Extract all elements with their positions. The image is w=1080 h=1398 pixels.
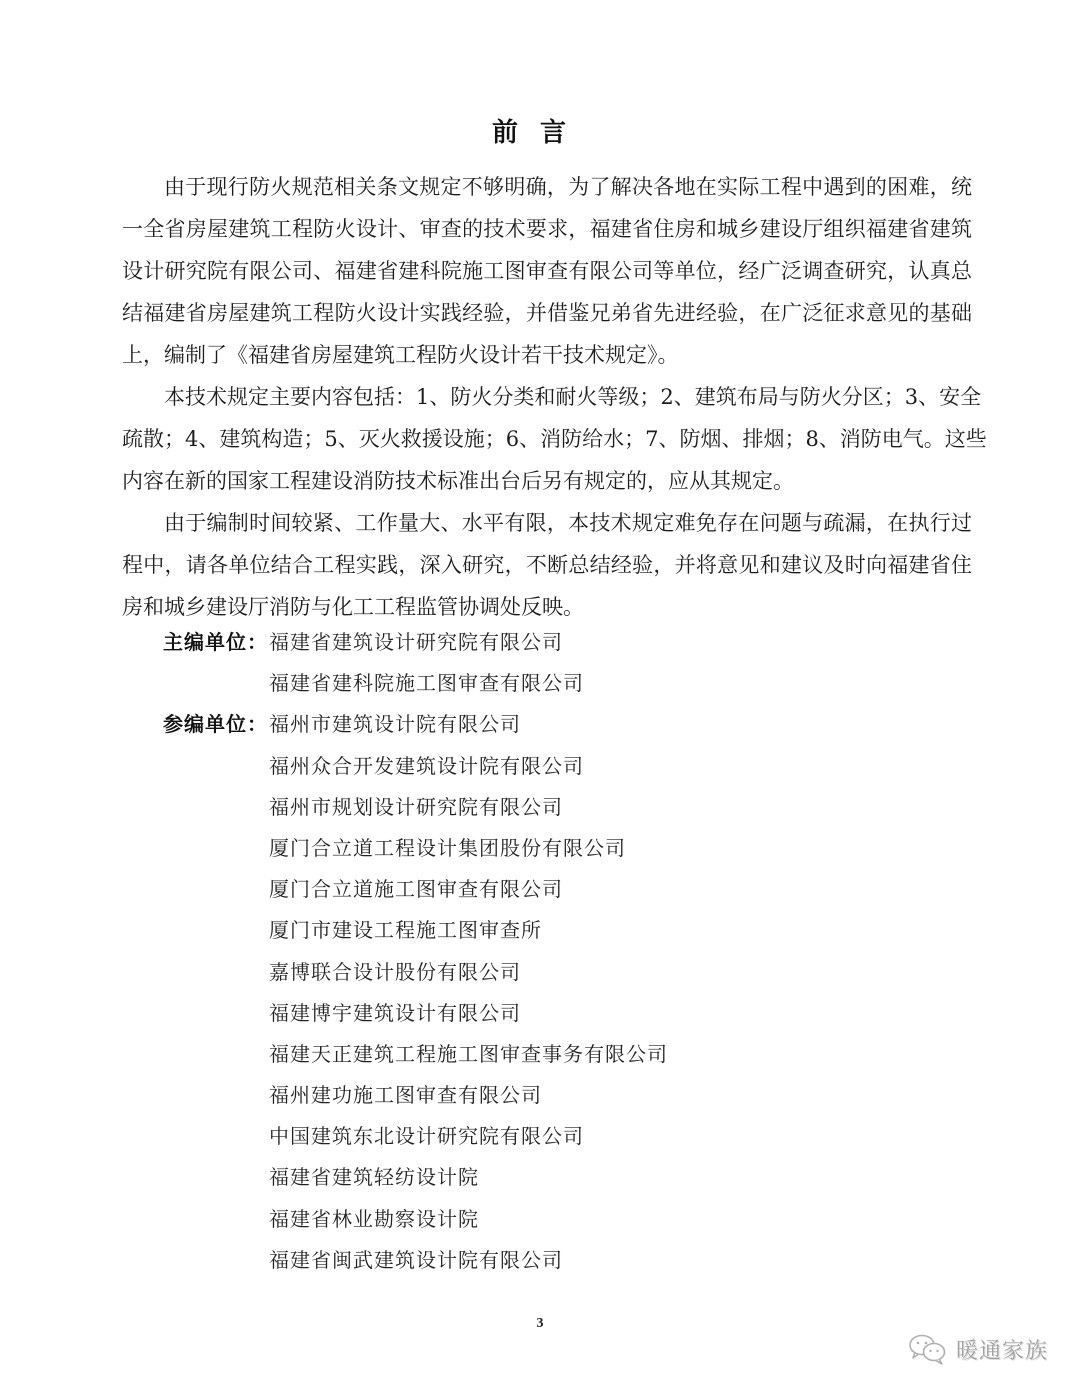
chief-editor-row: 主编单位： 福建省建筑设计研究院有限公司	[163, 622, 863, 663]
paragraph-2-line-3: 内容在新的国家工程建设消防技术标准出台后另有规定的，应从其规定。	[122, 460, 972, 502]
document-page: 前言 由于现行防火规范相关条文规定不够明确，为了解决各地在实际工程中遇到的困难，…	[0, 0, 1080, 1398]
participating-editor-row: 福州建功施工图审查有限公司	[163, 1075, 863, 1116]
participating-editor-row: 福州市规划设计研究院有限公司	[163, 787, 863, 828]
participating-editor-unit: 福建省林业勘察设计院	[269, 1199, 863, 1240]
preface-body: 由于现行防火规范相关条文规定不够明确，为了解决各地在实际工程中遇到的困难，统 一…	[122, 166, 972, 628]
paragraph-2-line-1: 本技术规定主要内容包括：1、防火分类和耐火等级；2、建筑布局与防火分区；3、安全	[122, 376, 972, 418]
participating-editor-row: 参编单位： 福州市建筑设计院有限公司	[163, 704, 863, 745]
chief-editor-unit: 福建省建筑设计研究院有限公司	[269, 622, 863, 663]
wechat-icon	[908, 1333, 948, 1365]
participating-editor-row: 嘉博联合设计股份有限公司	[163, 952, 863, 993]
participating-editor-row: 厦门合立道工程设计集团股份有限公司	[163, 828, 863, 869]
page-number: 3	[0, 1316, 1080, 1332]
participating-editor-row: 福州众合开发建筑设计院有限公司	[163, 746, 863, 787]
participating-editor-unit: 福建天正建筑工程施工图审查事务有限公司	[269, 1034, 863, 1075]
participating-editor-unit: 福州市规划设计研究院有限公司	[269, 787, 863, 828]
participating-editor-row: 福建天正建筑工程施工图审查事务有限公司	[163, 1034, 863, 1075]
participating-editor-unit: 福建省建筑轻纺设计院	[269, 1157, 863, 1198]
paragraph-3-line-1: 由于编制时间较紧、工作量大、水平有限，本技术规定难免存在问题与疏漏，在执行过	[122, 502, 972, 544]
paragraph-2-line-2: 疏散；4、建筑构造；5、灭火救援设施；6、消防给水；7、防烟、排烟；8、消防电气…	[122, 418, 972, 460]
participating-editor-row: 福建省建筑轻纺设计院	[163, 1157, 863, 1198]
participating-editor-unit: 厦门市建设工程施工图审查所	[269, 910, 863, 951]
participating-editor-unit: 嘉博联合设计股份有限公司	[269, 952, 863, 993]
participating-editor-unit: 中国建筑东北设计研究院有限公司	[269, 1116, 863, 1157]
wechat-watermark: 暖通家族	[908, 1333, 1048, 1365]
participating-editor-unit: 福州建功施工图审查有限公司	[269, 1075, 863, 1116]
participating-editor-row: 福建省闽武建筑设计院有限公司	[163, 1240, 863, 1281]
participating-editor-row: 厦门合立道施工图审查有限公司	[163, 869, 863, 910]
participating-editor-row: 福建博宇建筑设计有限公司	[163, 993, 863, 1034]
page-title: 前言	[0, 112, 1080, 149]
paragraph-1-line-4: 结福建省房屋建筑工程防火设计实践经验，并借鉴兄弟省先进经验，在广泛征求意见的基础	[122, 292, 972, 334]
chief-editor-unit: 福建省建科院施工图审查有限公司	[269, 663, 863, 704]
watermark-text: 暖通家族	[956, 1334, 1048, 1365]
paragraph-1-line-5: 上，编制了《福建省房屋建筑工程防火设计若干技术规定》。	[122, 334, 972, 376]
participating-editor-unit: 厦门合立道施工图审查有限公司	[269, 869, 863, 910]
paragraph-3-line-2: 程中，请各单位结合工程实践，深入研究，不断总结经验，并将意见和建议及时向福建省住	[122, 544, 972, 586]
participating-editor-row: 福建省林业勘察设计院	[163, 1199, 863, 1240]
chief-editors-label: 主编单位：	[163, 622, 269, 663]
participating-editor-unit: 福州众合开发建筑设计院有限公司	[269, 746, 863, 787]
participating-editor-unit: 福州市建筑设计院有限公司	[269, 704, 863, 745]
paragraph-1-line-1: 由于现行防火规范相关条文规定不够明确，为了解决各地在实际工程中遇到的困难，统	[122, 166, 972, 208]
participating-editors-label: 参编单位：	[163, 704, 269, 745]
participating-editor-unit: 福建省闽武建筑设计院有限公司	[269, 1240, 863, 1281]
participating-editor-unit: 厦门合立道工程设计集团股份有限公司	[269, 828, 863, 869]
participating-editor-row: 厦门市建设工程施工图审查所	[163, 910, 863, 951]
participating-editor-row: 中国建筑东北设计研究院有限公司	[163, 1116, 863, 1157]
chief-editor-row: 福建省建科院施工图审查有限公司	[163, 663, 863, 704]
paragraph-1-line-2: 一全省房屋建筑工程防火设计、审查的技术要求，福建省住房和城乡建设厅组织福建省建筑	[122, 208, 972, 250]
participating-editor-unit: 福建博宇建筑设计有限公司	[269, 993, 863, 1034]
editor-units-list: 主编单位： 福建省建筑设计研究院有限公司 福建省建科院施工图审查有限公司 参编单…	[163, 622, 863, 1281]
paragraph-1-line-3: 设计研究院有限公司、福建省建科院施工图审查有限公司等单位，经广泛调查研究，认真总	[122, 250, 972, 292]
